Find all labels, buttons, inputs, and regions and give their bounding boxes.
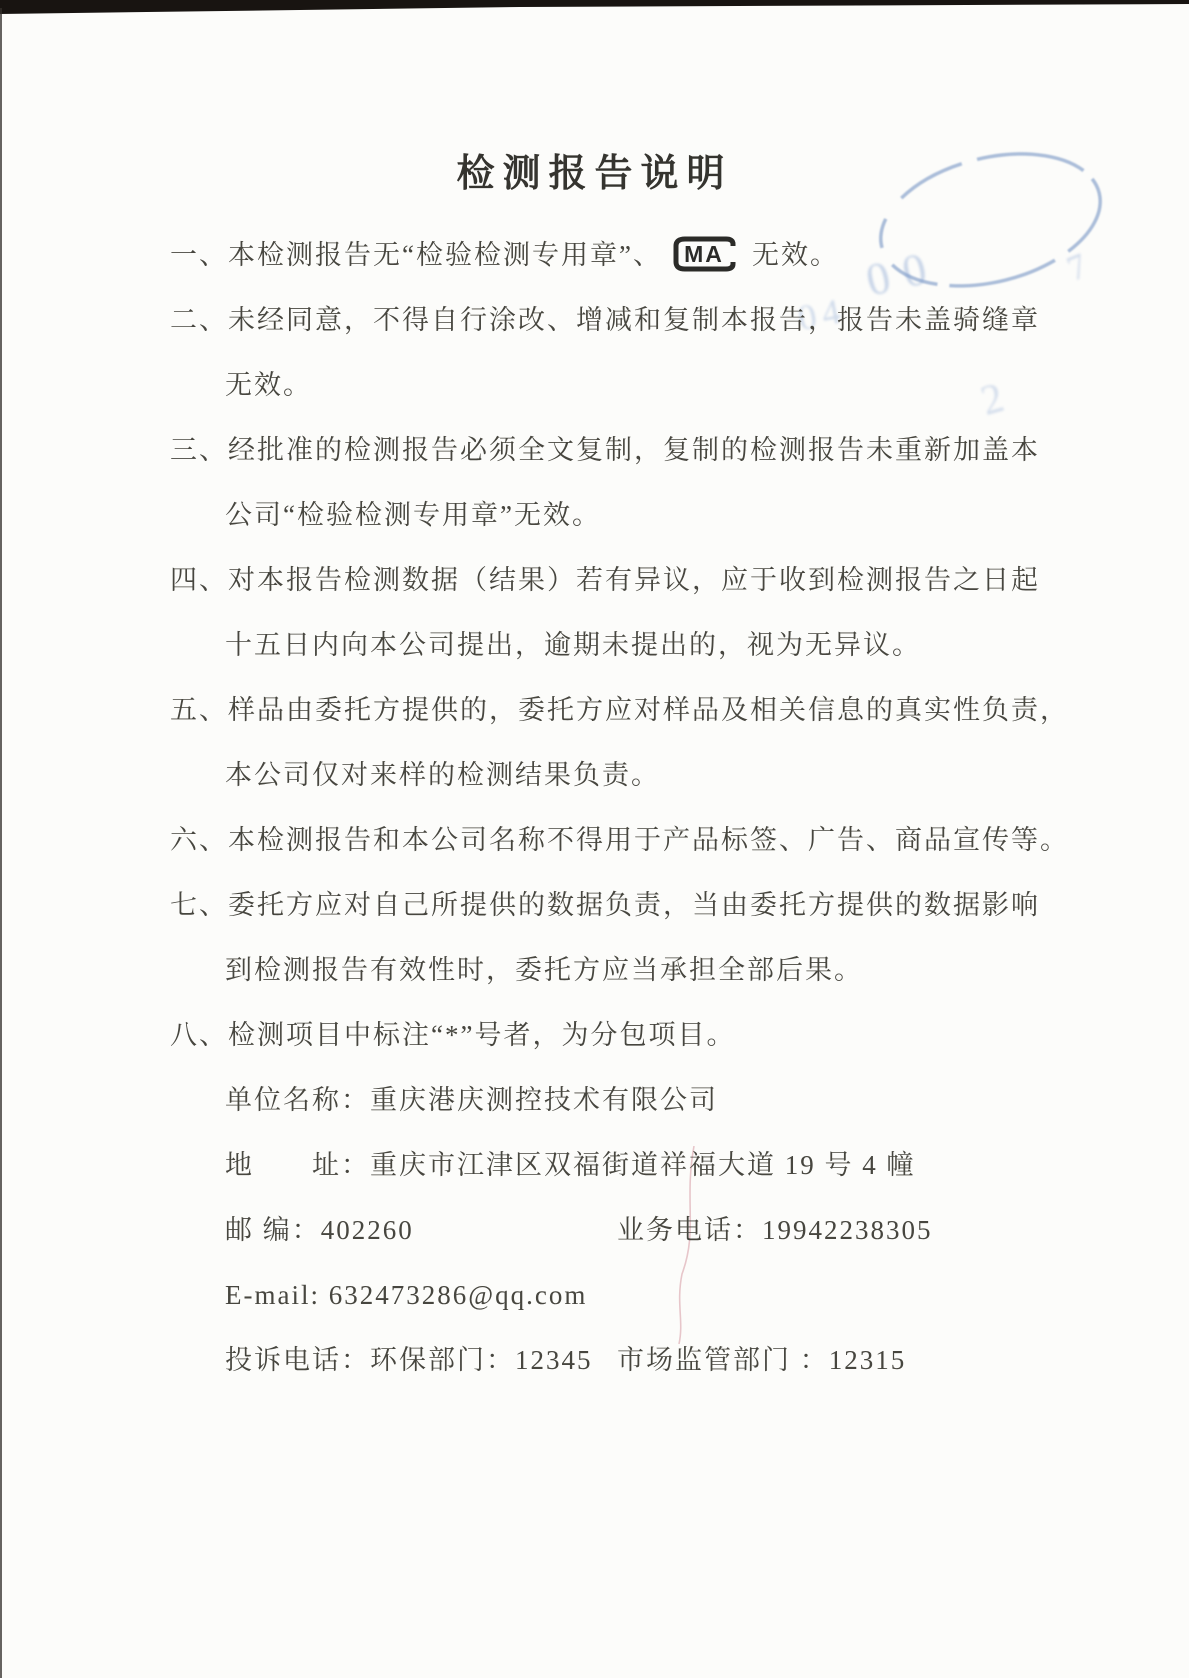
note-line-6: 六、本检测报告和本公司名称不得用于产品标签、广告、商品宣传等。 [0, 808, 1189, 873]
scan-edge-top [0, 0, 1189, 16]
complaint-env-group: 投诉电话：环保部门：12345 [225, 1328, 617, 1393]
note-text: 检测项目中标注“*”号者，为分包项目。 [228, 1020, 735, 1050]
note-line-3-continuation: 公司“检验检测专用章”无效。 [0, 483, 1189, 548]
note-line-8: 八、检测项目中标注“*”号者，为分包项目。 [0, 1003, 1189, 1068]
contact-address-row: 地 址：重庆市江津区双福街道祥福大道 19 号 4 幢 [0, 1133, 1189, 1198]
scanned-report-page: 00 04 2 7 检测报告说明 一、本检测报告无“检验检测专用章”、 MA 无… [0, 0, 1189, 1678]
note-number: 三、 [170, 435, 228, 465]
complaint-market-value: 12315 [829, 1345, 907, 1375]
note-text: 委托方应对自己所提供的数据负责，当由委托方提供的数据影响 [228, 890, 1040, 920]
note-text: 十五日内向本公司提出，逾期未提出的，视为无异议。 [225, 630, 921, 660]
note-line-2-continuation: 无效。 [0, 353, 1189, 418]
email-value: 632473286@qq.com [329, 1280, 588, 1310]
note-text: 无效。 [225, 370, 312, 400]
note-text: 对本报告检测数据（结果）若有异议，应于收到检测报告之日起 [228, 565, 1040, 595]
note-line-2: 二、未经同意，不得自行涂改、增减和复制本报告，报告未盖骑缝章 [0, 288, 1189, 353]
note-number: 七、 [170, 890, 228, 920]
note-text: 本公司仅对来样的检测结果负责。 [225, 760, 660, 790]
address-value: 重庆市江津区双福街道祥福大道 19 号 4 幢 [370, 1150, 916, 1180]
note-text: 到检测报告有效性时，委托方应当承担全部后果。 [225, 955, 863, 985]
postal-group: 邮 编：402260 [225, 1198, 617, 1263]
page-title: 检测报告说明 [0, 142, 1189, 197]
note-text: 本检测报告和本公司名称不得用于产品标签、广告、商品宣传等。 [228, 825, 1069, 855]
note-number: 一、 [170, 240, 228, 270]
company-value: 重庆港庆测控技术有限公司 [370, 1085, 718, 1115]
note-text: 未经同意，不得自行涂改、增减和复制本报告，报告未盖骑缝章 [228, 305, 1040, 335]
note-line-7: 七、委托方应对自己所提供的数据负责，当由委托方提供的数据影响 [0, 873, 1189, 938]
postal-value: 402260 [321, 1215, 414, 1245]
report-notes: 一、本检测报告无“检验检测专用章”、 MA 无效。 二、未经同意，不得自行涂改、… [0, 223, 1189, 1393]
contact-postal-phone-row: 邮 编：402260业务电话：19942238305 [0, 1198, 1189, 1263]
note-number: 四、 [170, 565, 228, 595]
email-label: E-mail: [225, 1280, 320, 1310]
company-label: 单位名称： [225, 1085, 370, 1115]
complaint-env-value: 12345 [515, 1345, 593, 1375]
note-number: 八、 [170, 1020, 228, 1050]
note-line-5: 五、样品由委托方提供的，委托方应对样品及相关信息的真实性负责， [0, 678, 1189, 743]
note-text: 样品由委托方提供的，委托方应对样品及相关信息的真实性负责， [228, 695, 1069, 725]
note-text: 经批准的检测报告必须全文复制，复制的检测报告未重新加盖本 [228, 435, 1040, 465]
note-line-1: 一、本检测报告无“检验检测专用章”、 MA 无效。 [0, 223, 1189, 288]
phone-label: 业务电话： [617, 1215, 762, 1245]
note-text: 无效。 [752, 240, 839, 270]
note-line-4-continuation: 十五日内向本公司提出，逾期未提出的，视为无异议。 [0, 613, 1189, 678]
note-number: 二、 [170, 305, 228, 335]
note-number: 五、 [170, 695, 228, 725]
cma-mark-label: MA [684, 241, 724, 267]
address-label: 地 址： [225, 1150, 370, 1180]
postal-label: 邮 编： [225, 1215, 321, 1245]
note-number: 六、 [170, 825, 228, 855]
note-line-4: 四、对本报告检测数据（结果）若有异议，应于收到检测报告之日起 [0, 548, 1189, 613]
complaint-label: 投诉电话： [225, 1345, 370, 1375]
contact-email-row: E-mail: 632473286@qq.com [0, 1263, 1189, 1328]
note-line-5-continuation: 本公司仅对来样的检测结果负责。 [0, 743, 1189, 808]
phone-value: 19942238305 [762, 1215, 933, 1245]
note-line-7-continuation: 到检测报告有效性时，委托方应当承担全部后果。 [0, 938, 1189, 1003]
complaint-env-label: 环保部门： [370, 1345, 515, 1375]
contact-company-row: 单位名称：重庆港庆测控技术有限公司 [0, 1068, 1189, 1133]
contact-complaint-row: 投诉电话：环保部门：12345市场监管部门 ：12315 [0, 1328, 1189, 1393]
cma-mark-icon: MA [672, 235, 738, 273]
complaint-market-label: 市场监管部门 ： [617, 1345, 829, 1375]
note-text: 本检测报告无“检验检测专用章”、 [228, 240, 662, 270]
note-text: 公司“检验检测专用章”无效。 [225, 500, 601, 530]
note-line-3: 三、经批准的检测报告必须全文复制，复制的检测报告未重新加盖本 [0, 418, 1189, 483]
